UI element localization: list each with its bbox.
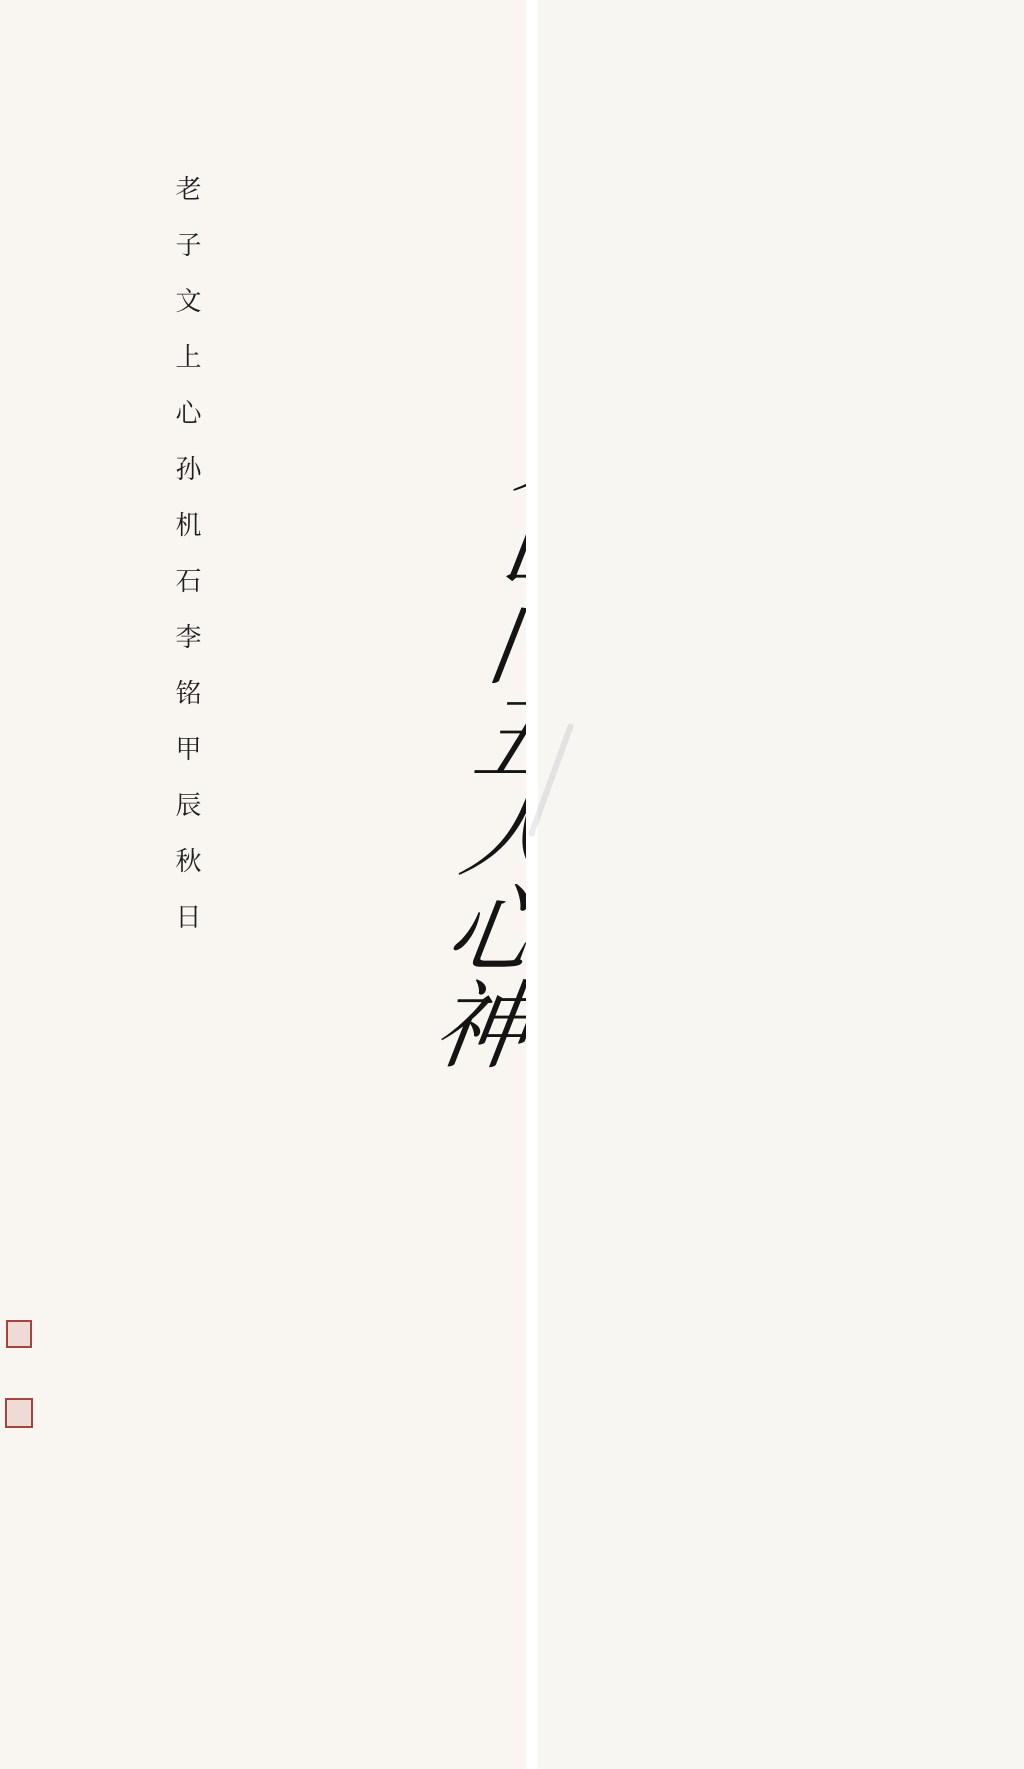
left-scroll-panel: 孤寒奇天宇归心高庭潮飞成都 情宇飞竟名天鸟须来心身作人 复遥得来情何处飞天八门会… (0, 0, 526, 1769)
right-panel-column-4: 读心家诗陈秋程一何得水 (613, 20, 1024, 1076)
inscription-text: 老子文上心孙机石李铭甲辰秋日 (173, 175, 199, 959)
calligraphy-column-text: 读心家诗陈秋程一何得水 (1019, 20, 1024, 1076)
panel-divider (526, 0, 538, 1769)
right-scroll-panel: 孝先山中言不知身去来口 如非是思也看云吐珠光有空 首闲身去如一随动意不可仙 读心… (538, 0, 1024, 1769)
inscription-column: 老子文上心孙机石李铭甲辰秋日 (4, 175, 368, 997)
red-seal-stamp-2 (5, 1398, 33, 1428)
red-seal-stamp-1 (6, 1320, 32, 1348)
